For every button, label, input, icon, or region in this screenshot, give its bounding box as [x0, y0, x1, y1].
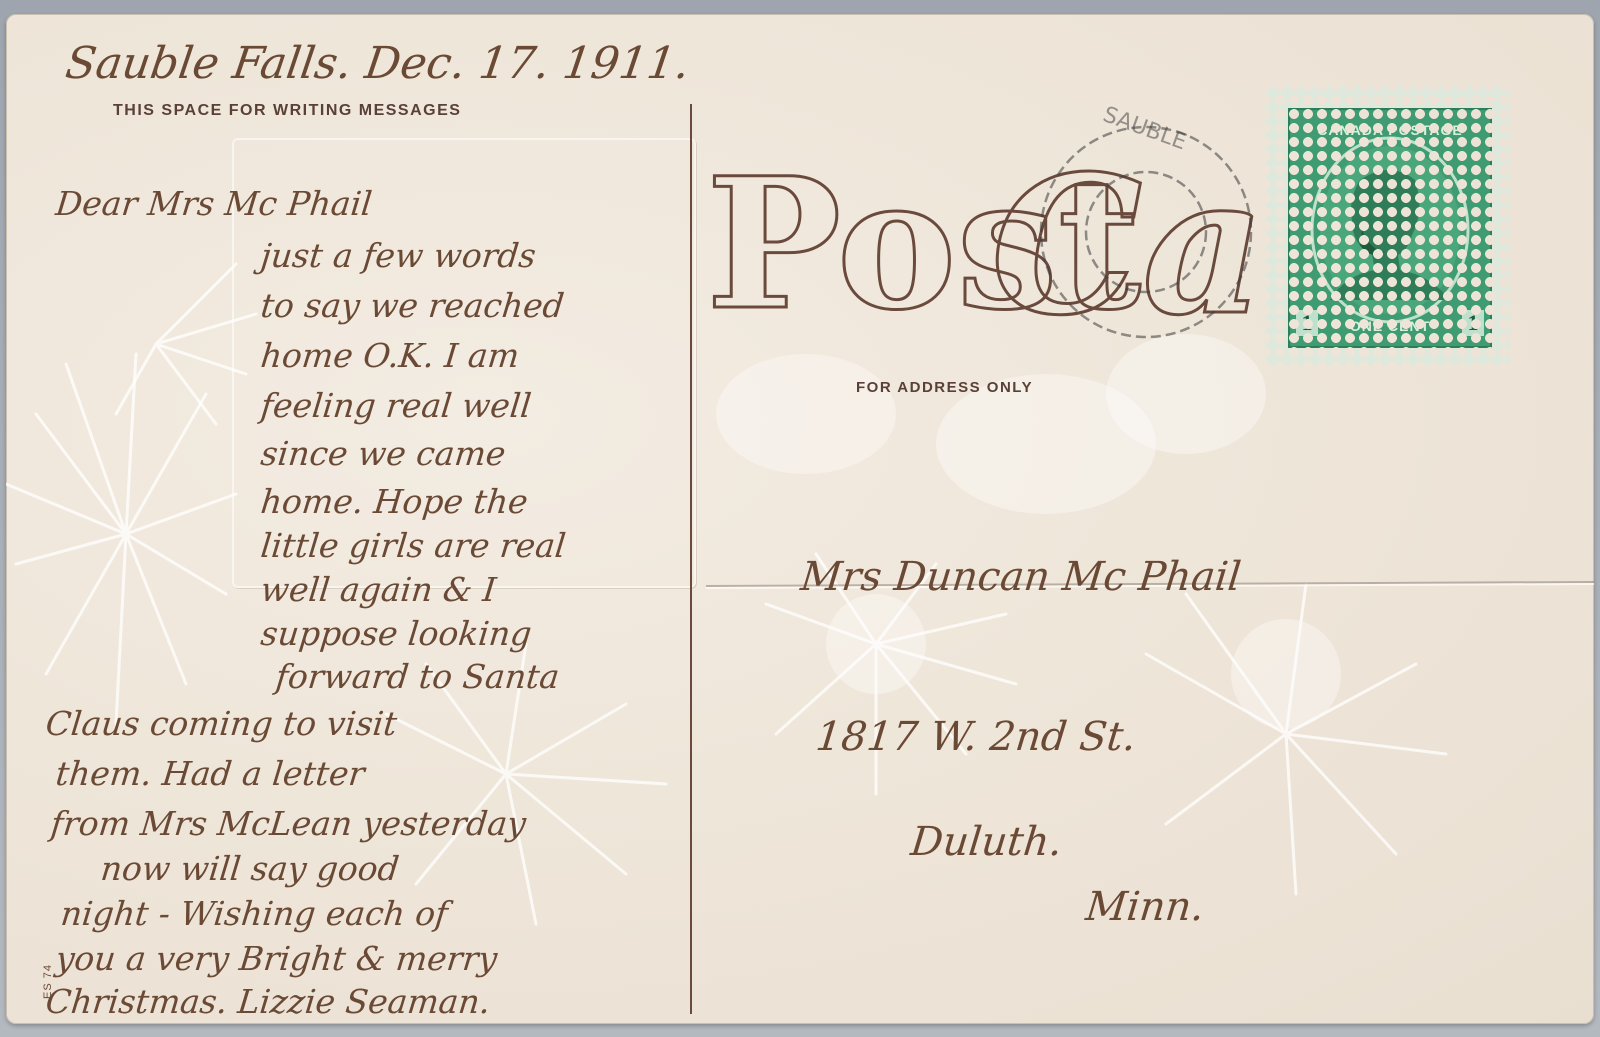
message-line: home O.K. I am: [259, 336, 521, 375]
message-line: now will say good: [99, 849, 401, 888]
message-line: well again & I: [259, 570, 498, 609]
stamp-value-left: 1: [1296, 310, 1318, 336]
center-divider: [690, 104, 692, 1014]
message-line: Dear Mrs Mc Phail: [54, 184, 374, 223]
message-line: little girls are real: [259, 526, 568, 565]
message-line: Claus coming to visit: [44, 704, 399, 743]
message-line: suppose looking: [259, 614, 534, 653]
message-line: since we came: [259, 434, 508, 473]
address-only-label: FOR ADDRESS ONLY: [856, 379, 1033, 396]
address-recipient: Mrs Duncan Mc Phail: [799, 554, 1244, 600]
address-state: Minn.: [1084, 884, 1207, 930]
postage-stamp: CANADA POSTAGE ONE CENT 1 1: [1266, 86, 1510, 366]
postcard: Sauble Falls. Dec. 17. 1911. THIS SPACE …: [6, 14, 1594, 1024]
message-line: just a few words: [259, 236, 538, 275]
address-street: 1817 W. 2nd St.: [814, 714, 1139, 760]
message-line: them. Had a letter: [54, 754, 367, 793]
message-line: forward to Santa: [274, 657, 561, 696]
title-card: Card: [991, 134, 1266, 357]
message-line: you a very Bright & merry: [54, 939, 499, 978]
message-line: from Mrs McLean yesterday: [49, 804, 528, 843]
message-space-label: THIS SPACE FOR WRITING MESSAGES: [113, 102, 461, 120]
header-place-date: Sauble Falls. Dec. 17. 1911.: [62, 38, 692, 89]
message-line: night - Wishing each of: [59, 894, 450, 933]
post-card-title: Post Card: [706, 102, 1266, 362]
message-line: home. Hope the: [259, 482, 530, 521]
message-line: to say we reached: [259, 286, 566, 325]
stamp-denomination-text: ONE CENT: [1290, 318, 1490, 334]
stamp-face: CANADA POSTAGE ONE CENT 1 1: [1288, 108, 1492, 348]
message-signature-line: Christmas. Lizzie Seaman.: [44, 982, 492, 1021]
king-portrait-icon: [1290, 110, 1490, 346]
stamp-value-right: 1: [1462, 310, 1484, 336]
printer-code: ES 74: [42, 964, 54, 999]
address-city: Duluth.: [909, 819, 1065, 865]
message-line: feeling real well: [259, 386, 533, 425]
